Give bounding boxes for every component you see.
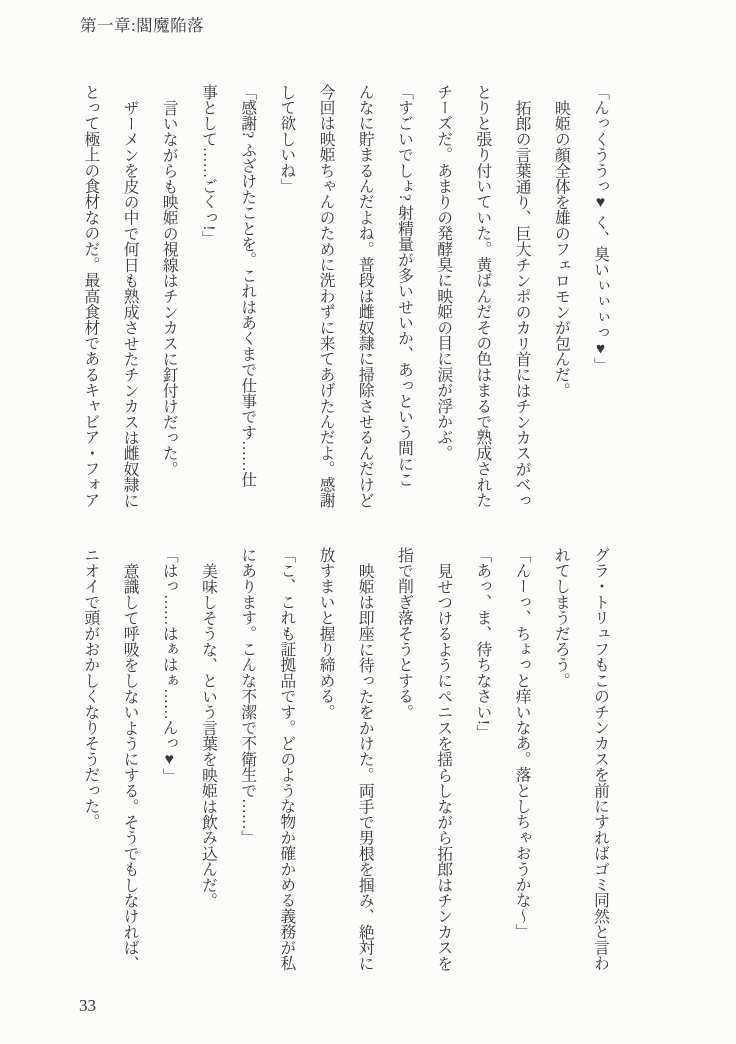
text-line: 「すごいでしょ? 射精量が多いせいか、あっという間にこ	[385, 84, 424, 520]
text-line: 言いながらも映姫の視線はチンカスに釘付けだった。	[150, 84, 189, 520]
text-line: グラ・トリュフもこのチンカスを前にすればゴミ同然と言わ	[581, 547, 620, 983]
text-line: 「んっくううっ♥ く、臭いぃぃぃっ♥」	[581, 84, 620, 520]
text-line: とりと張り付いていた。黄ばんだその色はまるで熟成された	[463, 84, 502, 520]
text-block-upper: 「んっくううっ♥ く、臭いぃぃぃっ♥」映姫の顔全体を雄のフェロモンが包んだ。拓郎…	[71, 84, 620, 520]
text-line: 放すまいと握り締める。	[306, 547, 345, 983]
chapter-header: 第一章:閻魔陥落	[80, 12, 204, 36]
text-line: 「んーっ、ちょっと痒いなあ。落としちゃおうかな〜」	[502, 547, 541, 983]
text-line: 意識して呼吸をしないようにする。そうでもしなければ、	[110, 547, 149, 983]
text-line: 「はっ……はぁはぁ……んっ♥」	[150, 547, 189, 983]
text-line: 指で削ぎ落そうとする。	[385, 547, 424, 983]
page-number: 33	[79, 996, 96, 1016]
text-line: チーズだ。あまりの発酵臭に映姫の目に涙が浮かぶ。	[424, 84, 463, 520]
text-line: 美味しそうな、という言葉を映姫は飲み込んだ。	[189, 547, 228, 983]
text-line: ニオイで頭がおかしくなりそうだった。	[71, 547, 110, 983]
text-line: れてしまうだろう。	[542, 547, 581, 983]
text-line: とって極上の食材なのだ。最高食材であるキャビア・フォア	[71, 84, 110, 520]
text-line: 事として……ごくっ!」	[189, 84, 228, 520]
text-line: 映姫の顔全体を雄のフェロモンが包んだ。	[542, 84, 581, 520]
text-line: んなに貯まるんだよね。普段は雌奴隷に掃除させるんだけど	[346, 84, 385, 520]
text-line: して欲しいね」	[267, 84, 306, 520]
text-line: 「感謝? ふざけたことを。これはあくまで仕事です……仕	[228, 84, 267, 520]
text-line: 拓郎の言葉通り、巨大チンポのカリ首にはチンカスがべっ	[502, 84, 541, 520]
text-line: 今回は映姫ちゃんのために洗わずに来てあげたんだよ。感謝	[306, 84, 345, 520]
text-line: 「あっ、ま、待ちなさい!」	[463, 547, 502, 983]
scanned-book-page: 第一章:閻魔陥落 「んっくううっ♥ く、臭いぃぃぃっ♥」映姫の顔全体を雄のフェロ…	[0, 0, 736, 1044]
text-line: 映姫は即座に待ったをかけた。両手で男根を掴み、絶対に	[346, 547, 385, 983]
text-line: ザーメンを皮の中で何日も熟成させたチンカスは雌奴隷に	[110, 84, 149, 520]
text-line: にあります。こんな不潔で不衛生で……」	[228, 547, 267, 983]
text-block-lower: グラ・トリュフもこのチンカスを前にすればゴミ同然と言われてしまうだろう。「んーっ…	[71, 547, 620, 983]
text-line: 見せつけるようにペニスを揺らしながら拓郎はチンカスを	[424, 547, 463, 983]
text-line: 「こ、これも証拠品です。どのような物か確かめる義務が私	[267, 547, 306, 983]
